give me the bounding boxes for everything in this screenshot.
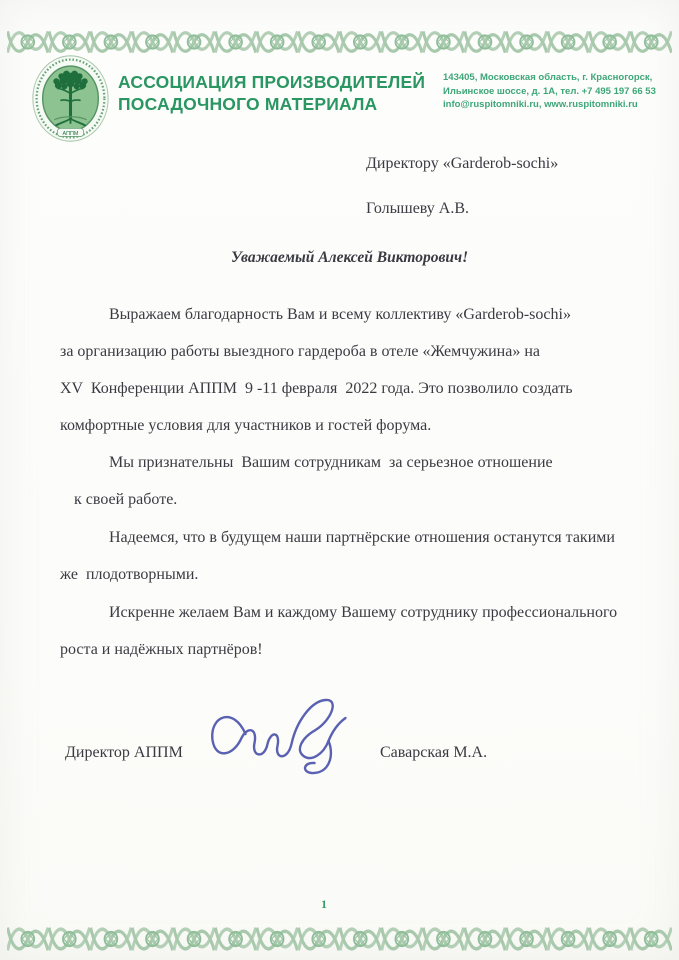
- org-name-line1: АССОЦИАЦИЯ ПРОИЗВОДИТЕЛЕЙ: [118, 72, 425, 94]
- body-line: же плодотворными.: [60, 556, 645, 593]
- body-line: Мы признательны Вашим сотрудникам за сер…: [60, 444, 645, 481]
- recipient-name: Голышеву А.В.: [366, 200, 558, 218]
- paragraph-4: Искренне желаем Вам и каждому Вашему сот…: [60, 594, 645, 668]
- body-line: за организацию работы выездного гардероб…: [60, 333, 645, 370]
- body-line: XV Конференции АППМ 9 -11 февраля 2022 г…: [60, 370, 645, 407]
- signoff-name: Саварская М.А.: [380, 744, 487, 762]
- contact-info: 143405, Московская область, г. Красногор…: [443, 71, 656, 112]
- ornamental-border-top-icon: [7, 26, 672, 58]
- contact-email-website: info@ruspitomniki.ru, www.ruspitomniki.r…: [443, 98, 656, 112]
- recipient-title: Директору «Garderob-sochi»: [366, 155, 558, 173]
- logo-abbr-text: АППМ: [63, 131, 79, 137]
- appm-tree-logo-icon: АППМ: [32, 55, 109, 142]
- org-name: АССОЦИАЦИЯ ПРОИЗВОДИТЕЛЕЙ ПОСАДОЧНОГО МА…: [118, 72, 425, 115]
- body-line: комфортные условия для участников и гост…: [60, 407, 645, 444]
- page-number: 1: [314, 899, 334, 911]
- scanned-letter-page: АППМ АССОЦИАЦИЯ ПРОИЗВОДИТЕЛЕЙ ПОСАДОЧНО…: [0, 0, 679, 960]
- contact-address-line2: Ильинское шоссе, д. 1А, тел. +7 495 197 …: [443, 85, 656, 99]
- ornamental-border-bottom-icon: [7, 922, 672, 956]
- body-line: Искренне желаем Вам и каждому Вашему сот…: [60, 594, 645, 631]
- contact-address-line1: 143405, Московская область, г. Красногор…: [443, 71, 656, 85]
- org-name-line2: ПОСАДОЧНОГО МАТЕРИАЛА: [118, 94, 425, 116]
- salutation: Уважаемый Алексей Викторович!: [231, 249, 468, 267]
- signoff-title: Директор АППМ: [65, 744, 183, 762]
- body-line: к своей работе.: [60, 481, 645, 518]
- paragraph-2: Мы признательны Вашим сотрудникам за сер…: [60, 444, 645, 518]
- paragraph-3: Надеемся, что в будущем наши партнёрские…: [60, 519, 645, 593]
- handwritten-signature-icon: [198, 696, 376, 794]
- body-line: Надеемся, что в будущем наши партнёрские…: [60, 519, 645, 556]
- recipient-block: Директору «Garderob-sochi» Голышеву А.В.: [366, 155, 558, 245]
- paragraph-1: Выражаем благодарность Вам и всему колле…: [60, 296, 645, 444]
- body-line: Выражаем благодарность Вам и всему колле…: [60, 296, 645, 333]
- body-line: роста и надёжных партнёров!: [60, 631, 645, 668]
